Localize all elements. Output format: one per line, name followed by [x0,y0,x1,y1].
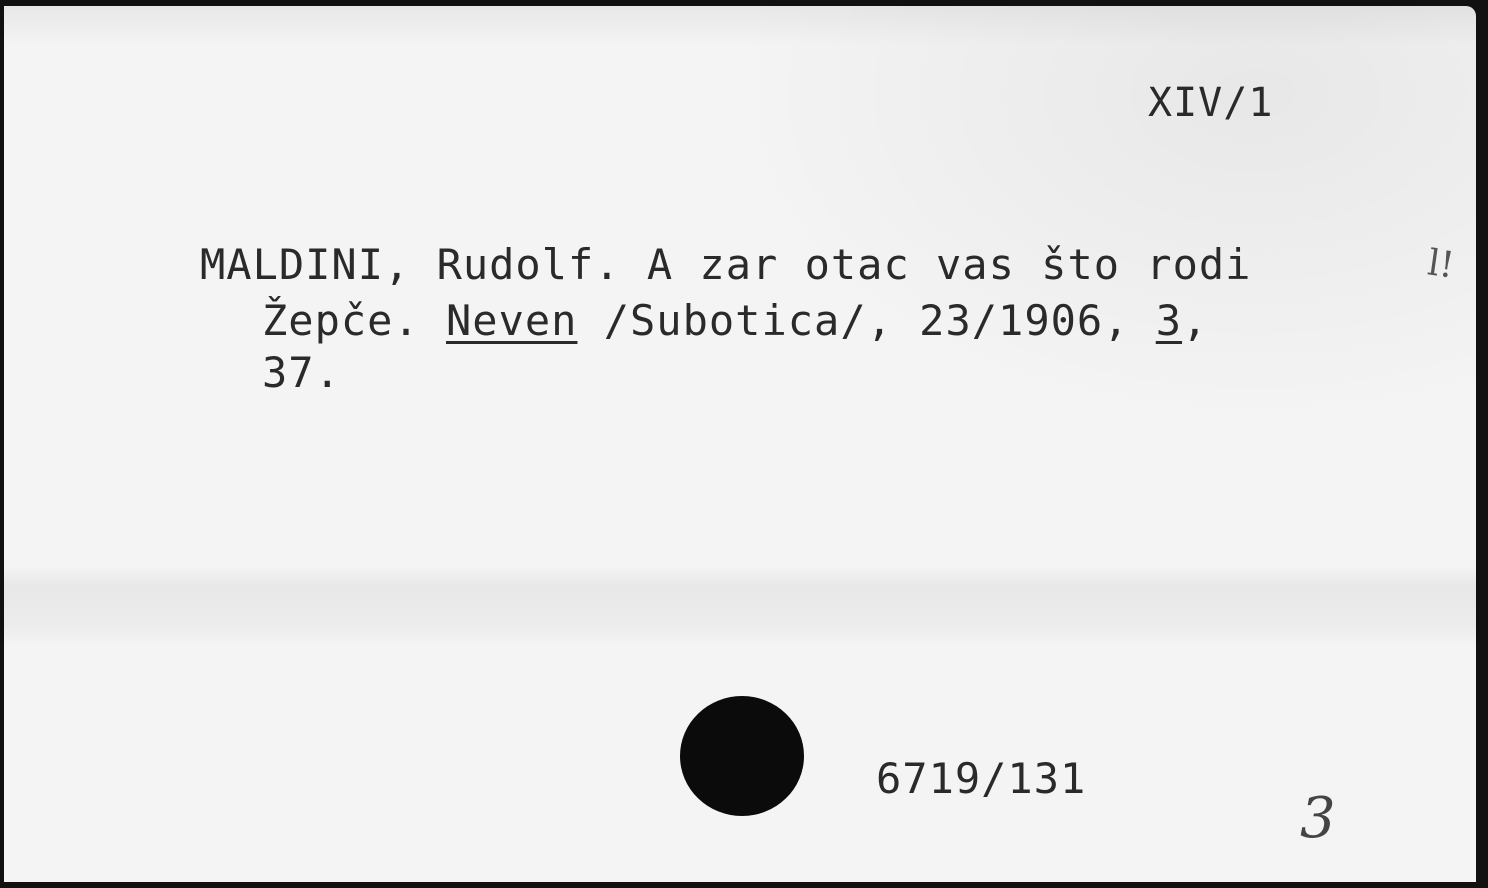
author-title: MALDINI, Rudolf. A zar otac vas što rodi [200,240,1251,289]
accession-number: 6719/131 [876,754,1086,803]
entry-line-3: 37. [262,348,341,397]
entry-line-2: Žepče. Neven /Subotica/, 23/1906, 3, [262,296,1208,345]
volume: 3 [1156,296,1182,345]
handwritten-number: 3 [1300,786,1336,851]
separator: , [1182,296,1208,345]
journal-name: Neven [446,296,577,345]
publication-details: /Subotica/, 23/1906, [577,296,1155,345]
call-number: XIV/1 [1148,80,1273,126]
punch-hole [680,696,804,816]
place: Žepče. [262,296,446,345]
handwritten-correction: l! [1425,242,1456,286]
catalog-card: XIV/1 MALDINI, Rudolf. A zar otac vas št… [4,6,1476,882]
entry-line-1: MALDINI, Rudolf. A zar otac vas što rodi [200,240,1251,289]
